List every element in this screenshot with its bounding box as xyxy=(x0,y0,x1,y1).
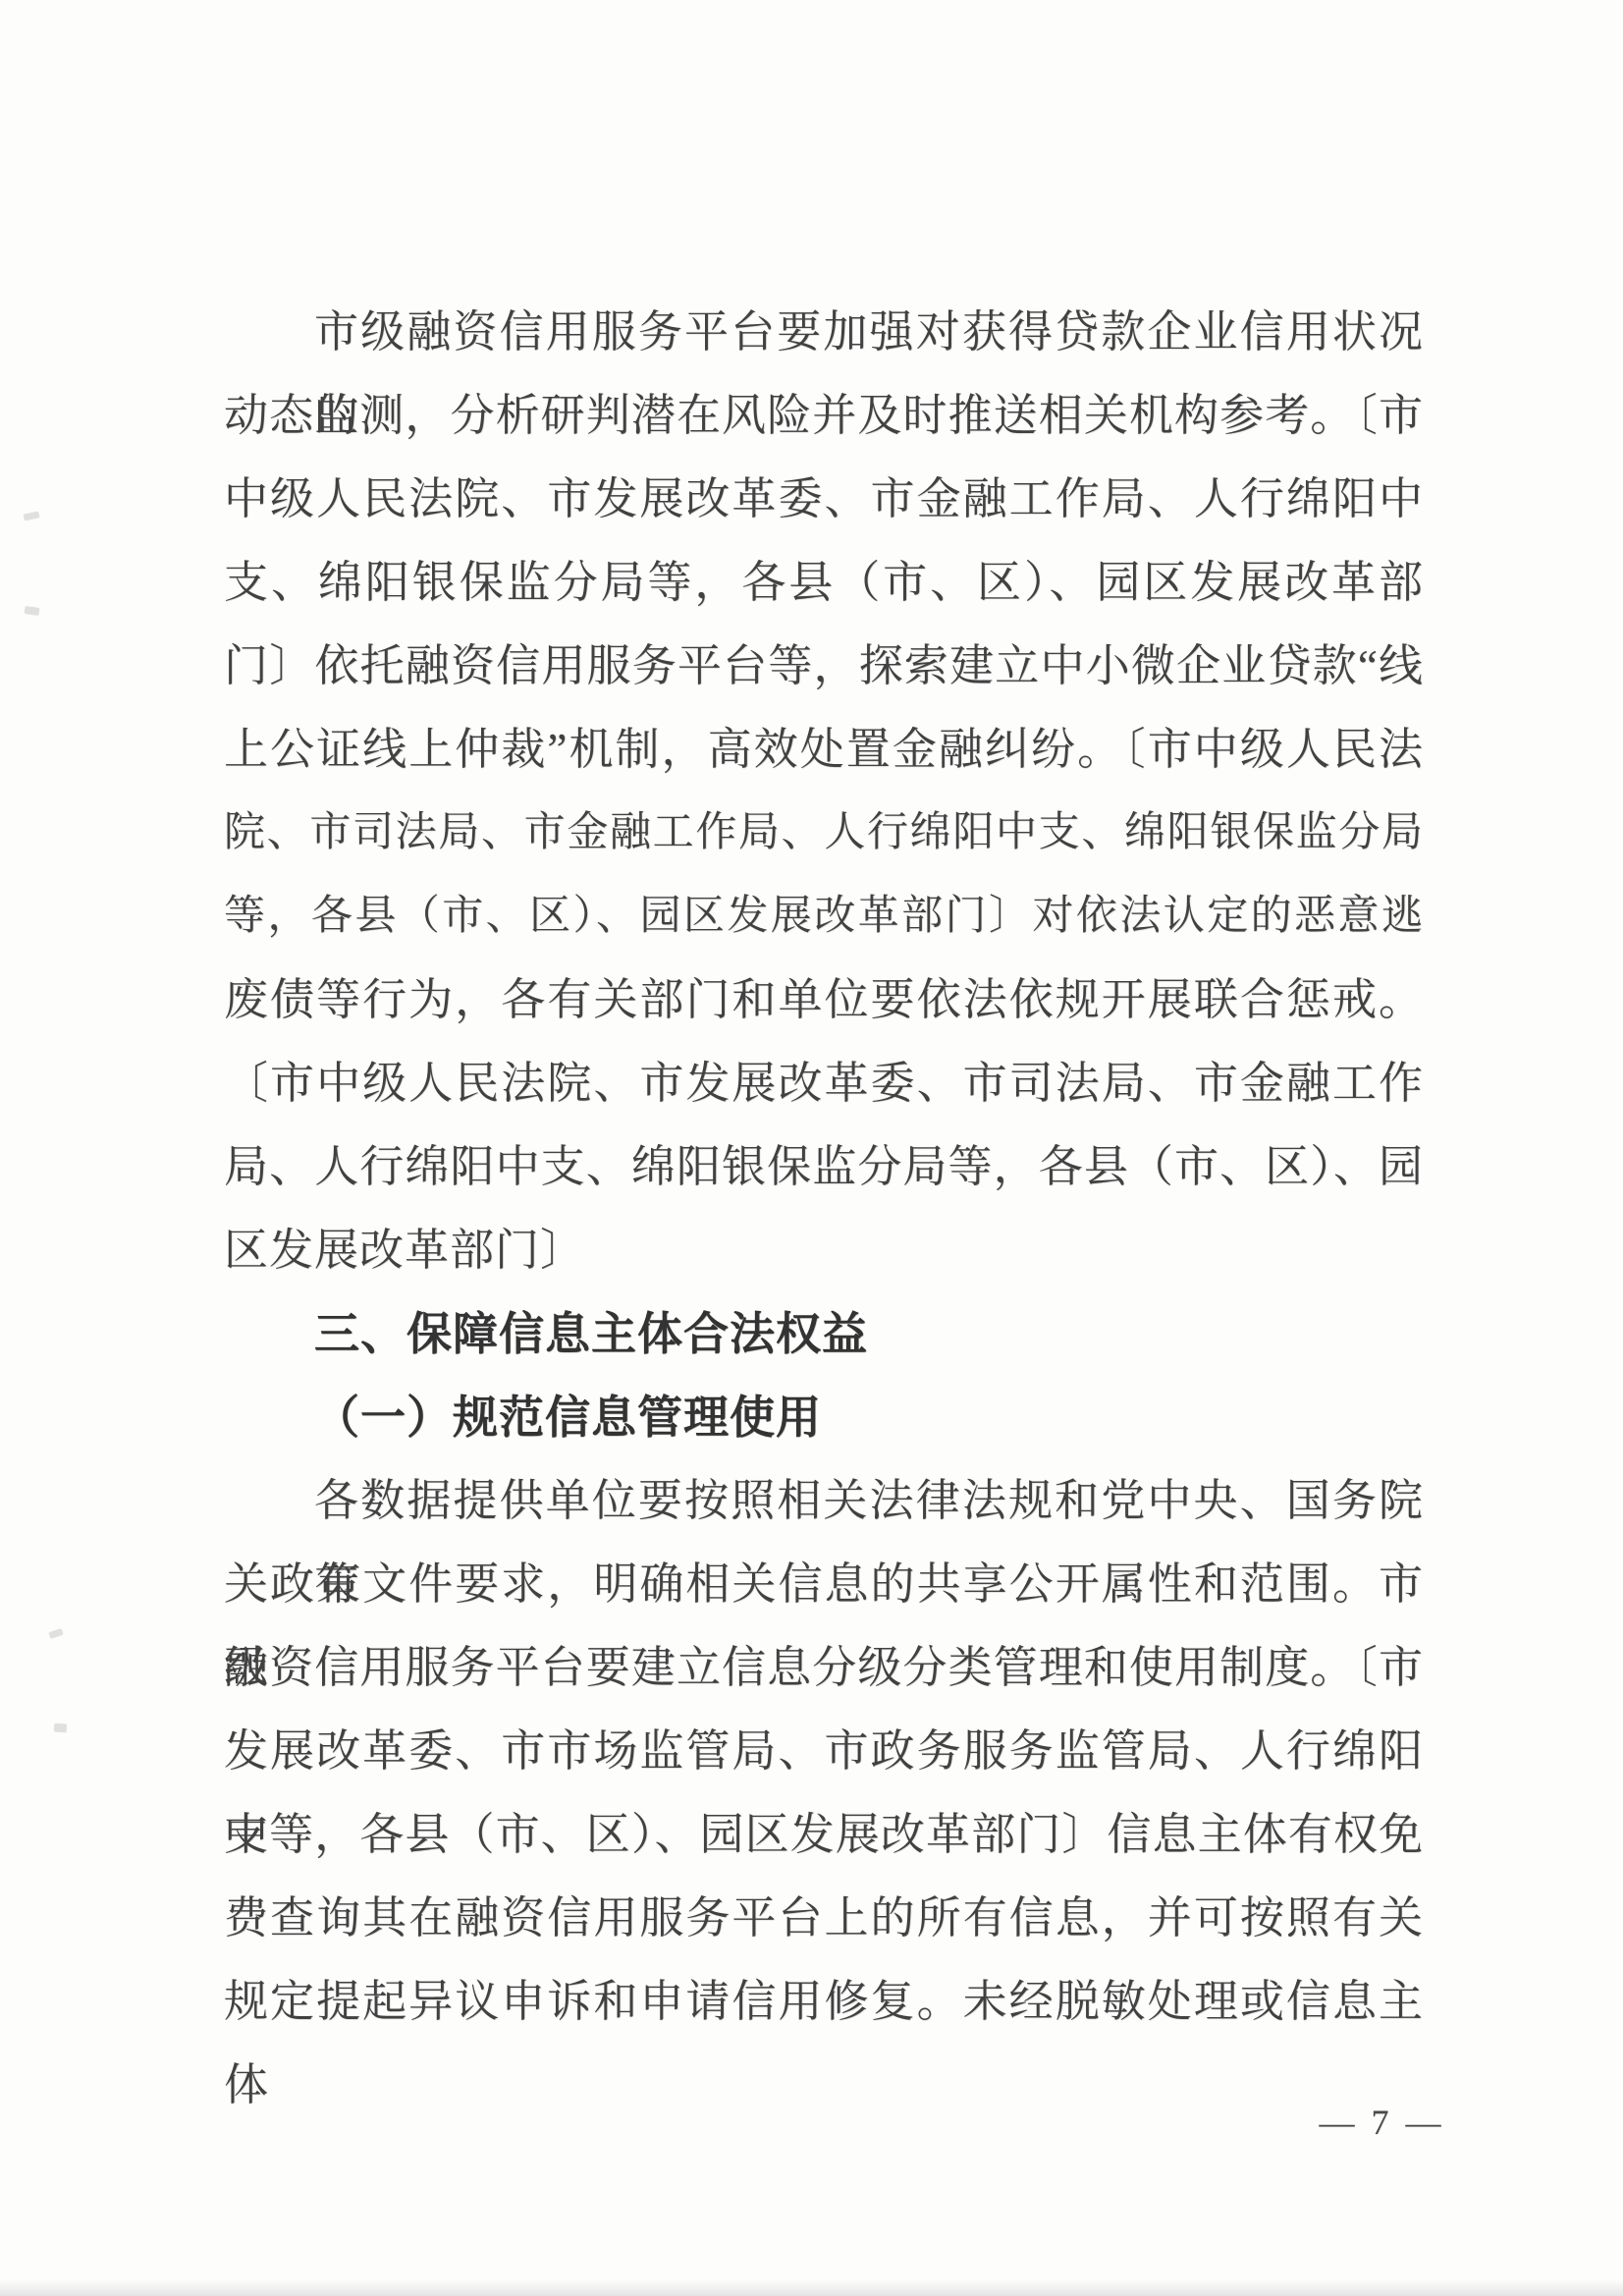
section-heading: 三、保障信息主体合法权益 xyxy=(224,1292,1424,1376)
text-line: 〔市中级人民法院、市发展改革委、市司法局、市金融工作 xyxy=(224,1042,1424,1125)
text-line: 市级融资信用服务平台要加强对获得贷款企业信用状况的 xyxy=(224,291,1424,374)
text-line: 规定提起异议申诉和申请信用修复。未经脱敏处理或信息主体 xyxy=(224,1960,1424,2044)
page-number: — 7 — xyxy=(1311,2102,1453,2143)
text-lines: 市级融资信用服务平台要加强对获得贷款企业信用状况的动态监测，分析研判潜在风险并及… xyxy=(224,291,1424,2044)
text-line: 废债等行为，各有关部门和单位要依法依规开展联合惩戒。 xyxy=(224,958,1424,1042)
scan-speckle xyxy=(54,1723,68,1733)
scan-edge-shadow xyxy=(0,2280,1623,2296)
text-line: 中级人民法院、市发展改革委、市金融工作局、人行绵阳中 xyxy=(224,458,1424,541)
scan-speckle xyxy=(48,1628,63,1639)
text-line: 区发展改革部门〕 xyxy=(224,1209,1424,1292)
scan-speckle xyxy=(23,511,39,520)
text-line: 费查询其在融资信用服务平台上的所有信息，并可按照有关 xyxy=(224,1877,1424,1960)
text-line: 等，各县（市、区）、园区发展改革部门〕对依法认定的恶意逃 xyxy=(224,875,1424,958)
text-line: 动态监测，分析研判潜在风险并及时推送相关机构参考。〔市 xyxy=(224,374,1424,458)
text-line: 支、绵阳银保监分局等，各县（市、区）、园区发展改革部 xyxy=(224,541,1424,625)
text-line: 上公证线上仲裁”机制，高效处置金融纠纷。〔市中级人民法 xyxy=(224,708,1424,792)
text-line: 局、人行绵阳中支、绵阳银保监分局等，各县（市、区）、园 xyxy=(224,1125,1424,1209)
text-line: 发展改革委、市市场监管局、市政务服务监管局、人行绵阳中 xyxy=(224,1710,1424,1793)
text-line: 融资信用服务平台要建立信息分级分类管理和使用制度。〔市 xyxy=(224,1626,1424,1710)
text-line: 门〕依托融资信用服务平台等，探索建立中小微企业贷款“线 xyxy=(224,625,1424,708)
section-heading: （一）规范信息管理使用 xyxy=(224,1376,1424,1459)
scan-speckle xyxy=(25,606,40,616)
text-line: 院、市司法局、市金融工作局、人行绵阳中支、绵阳银保监分局 xyxy=(224,792,1424,875)
document-page: 市级融资信用服务平台要加强对获得贷款企业信用状况的动态监测，分析研判潜在风险并及… xyxy=(0,0,1623,2296)
text-line: 支等，各县（市、区）、园区发展改革部门〕信息主体有权免 xyxy=(224,1793,1424,1877)
text-line: 关政策文件要求，明确相关信息的共享公开属性和范围。市级 xyxy=(224,1543,1424,1626)
text-line: 各数据提供单位要按照相关法律法规和党中央、国务院有 xyxy=(224,1459,1424,1543)
